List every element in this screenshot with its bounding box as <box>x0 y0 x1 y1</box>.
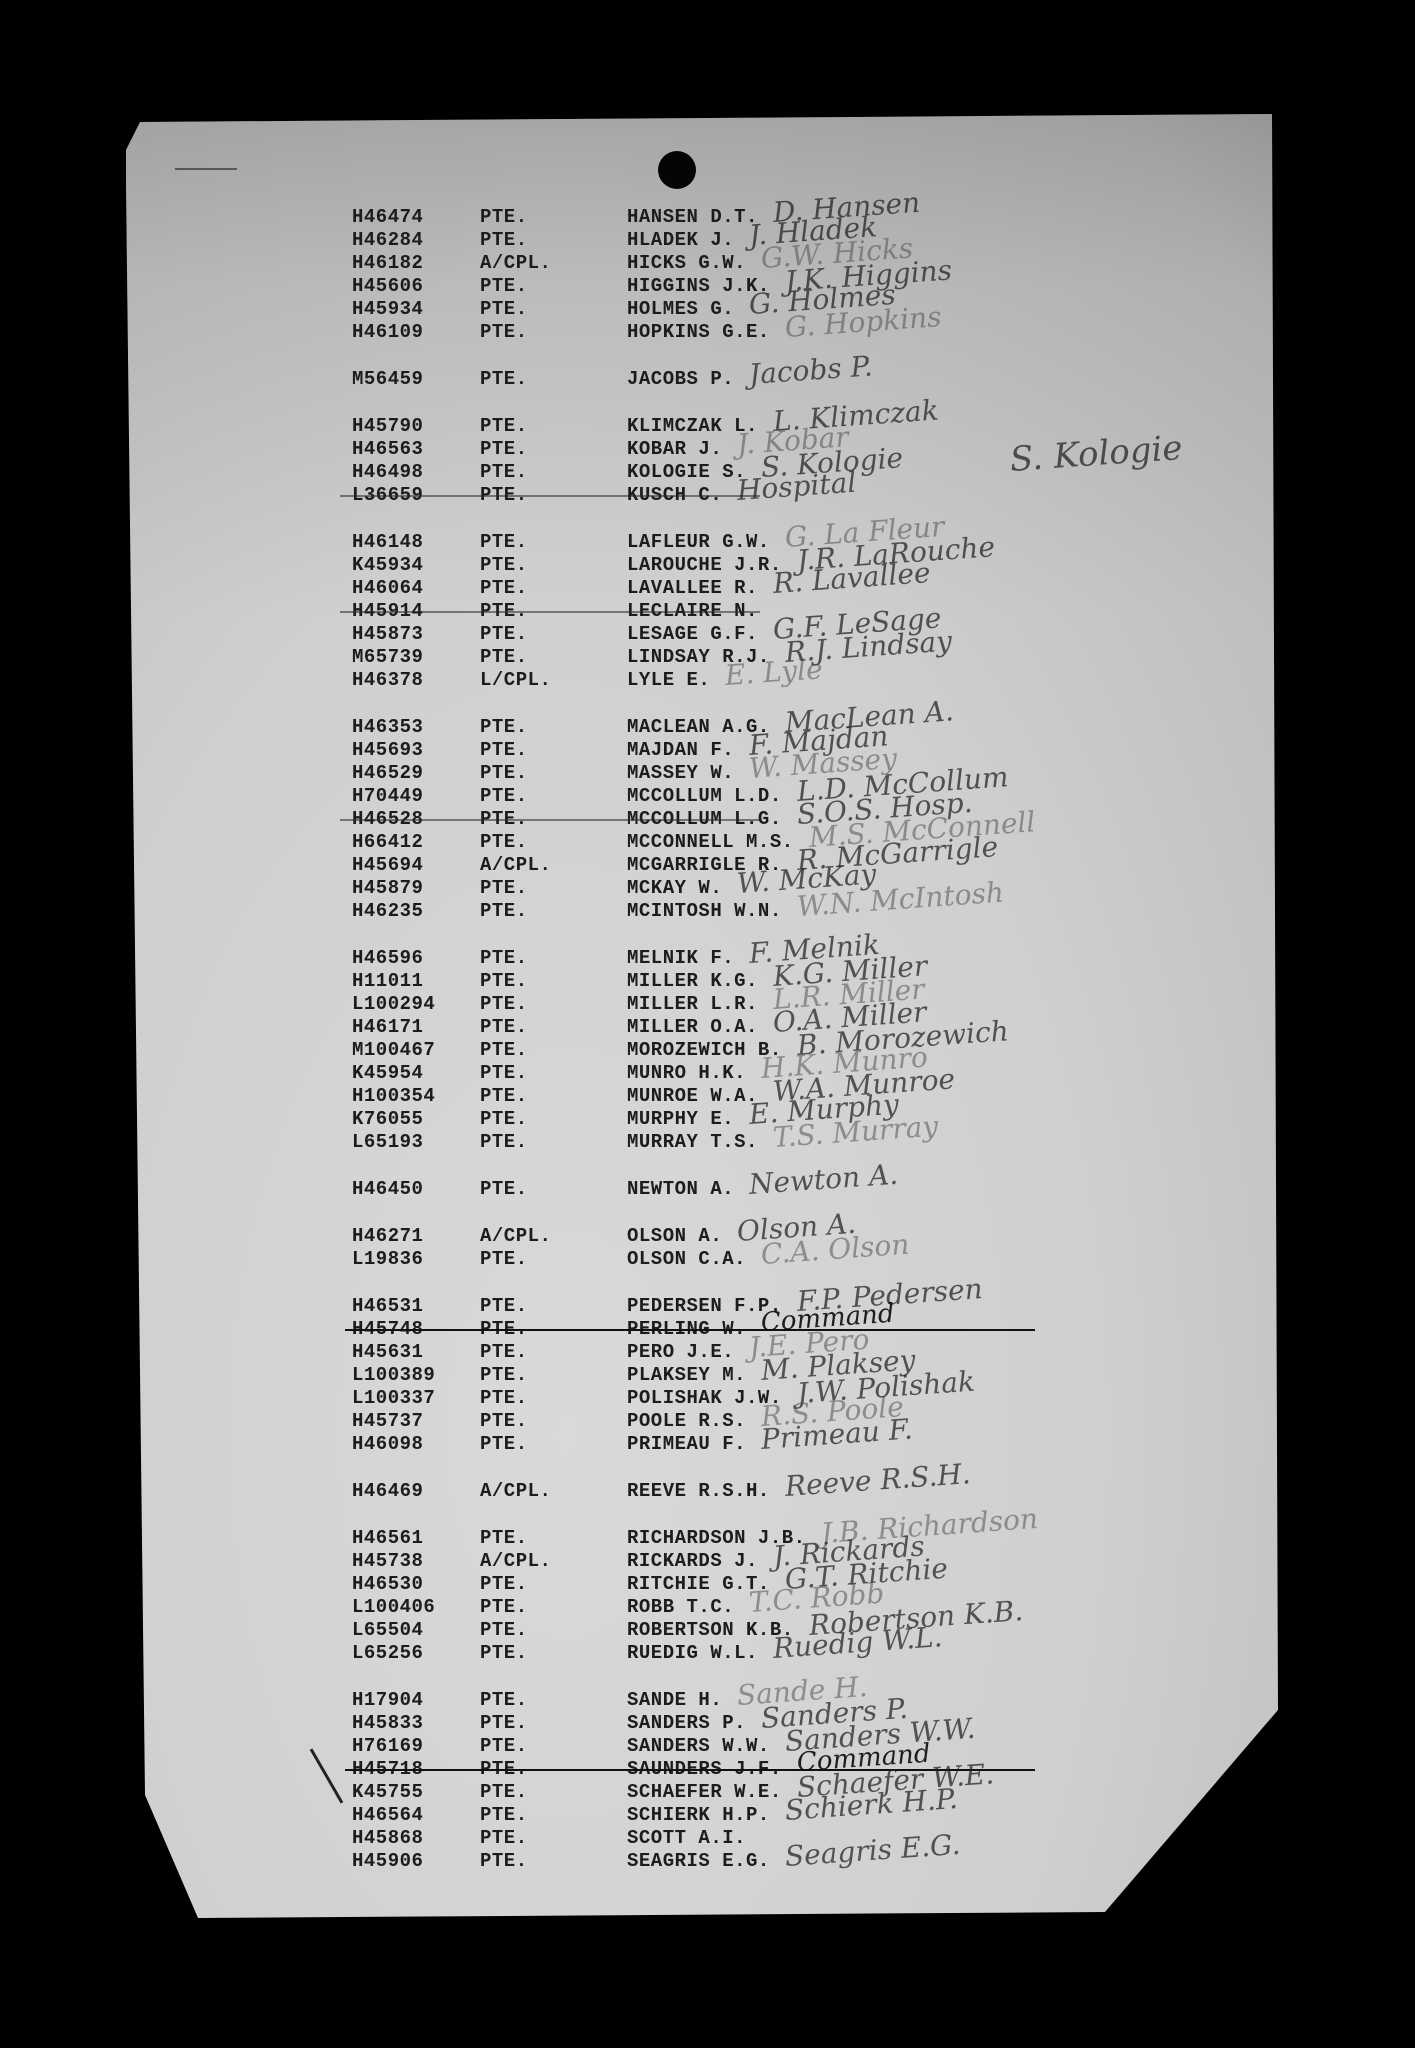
document-page: H46474PTE.HANSEN D.T.D. HansenH46284PTE.… <box>0 0 1415 2048</box>
service-number: H17904 <box>352 1689 423 1711</box>
service-number: H45833 <box>352 1712 423 1734</box>
soldier-name: MCCOLLUM L.D. <box>627 785 782 807</box>
rank: PTE. <box>480 1827 528 1849</box>
roll-row: H46148PTE.LAFLEUR G.W. <box>0 531 1200 554</box>
roll-row: H17904PTE.SANDE H. <box>0 1689 1200 1712</box>
roll-row: H46450PTE.NEWTON A. <box>0 1178 1200 1201</box>
soldier-name: LAROUCHE J.R. <box>627 554 782 576</box>
roll-row: H46171PTE.MILLER O.A. <box>0 1016 1200 1039</box>
soldier-name: SCHAEFER W.E. <box>627 1781 782 1803</box>
rank: PTE. <box>480 1804 528 1826</box>
pen-mark <box>175 168 237 170</box>
rank: PTE. <box>480 1295 528 1317</box>
service-number: H45914 <box>352 600 423 622</box>
service-number: H66412 <box>352 831 423 853</box>
soldier-name: SANDERS P. <box>627 1712 746 1734</box>
service-number: M65739 <box>352 646 423 668</box>
roll-row: H45873PTE.LESAGE G.F. <box>0 623 1200 646</box>
service-number: H46148 <box>352 531 423 553</box>
service-number: L36659 <box>352 484 423 506</box>
soldier-name: SANDE H. <box>627 1689 722 1711</box>
rank: PTE. <box>480 415 528 437</box>
soldier-name: MUNROE W.A. <box>627 1085 758 1107</box>
service-number: H70449 <box>352 785 423 807</box>
service-number: H45738 <box>352 1550 423 1572</box>
rank: PTE. <box>480 600 528 622</box>
rank: PTE. <box>480 716 528 738</box>
rank: PTE. <box>480 1016 528 1038</box>
rank: PTE. <box>480 1178 528 1200</box>
service-number: K45755 <box>352 1781 423 1803</box>
soldier-name: HANSEN D.T. <box>627 206 758 228</box>
soldier-name: PLAKSEY M. <box>627 1364 746 1386</box>
soldier-name: MCCONNELL M.S. <box>627 831 794 853</box>
roll-row: H46378L/CPL.LYLE E. <box>0 669 1200 692</box>
soldier-name: MUNRO H.K. <box>627 1062 746 1084</box>
service-number: L100406 <box>352 1596 435 1618</box>
rank: PTE. <box>480 1433 528 1455</box>
roll-row: K76055PTE.MURPHY E. <box>0 1108 1200 1131</box>
rank: A/CPL. <box>480 1480 551 1502</box>
rank: PTE. <box>480 577 528 599</box>
rank: PTE. <box>480 993 528 1015</box>
rank: PTE. <box>480 1527 528 1549</box>
service-number: H46182 <box>352 252 423 274</box>
soldier-name: LAVALLEE R. <box>627 577 758 599</box>
service-number: K76055 <box>352 1108 423 1130</box>
soldier-name: RUEDIG W.L. <box>627 1642 758 1664</box>
service-number: H46531 <box>352 1295 423 1317</box>
roll-row: H46530PTE.RITCHIE G.T. <box>0 1573 1200 1596</box>
service-number: H46109 <box>352 321 423 343</box>
roll-row: H45738A/CPL.RICKARDS J. <box>0 1550 1200 1573</box>
rank: PTE. <box>480 1085 528 1107</box>
roll-row: H45718PTE.SAUNDERS J.F. <box>0 1758 1200 1781</box>
roll-row: H100354PTE.MUNROE W.A. <box>0 1085 1200 1108</box>
service-number: L100294 <box>352 993 435 1015</box>
service-number: M100467 <box>352 1039 435 1061</box>
soldier-name: OLSON C.A. <box>627 1248 746 1270</box>
roll-row: H46109PTE.HOPKINS G.E. <box>0 321 1200 344</box>
roll-row: H46529PTE.MASSEY W. <box>0 762 1200 785</box>
roll-row: L100294PTE.MILLER L.R. <box>0 993 1200 1016</box>
service-number: H46353 <box>352 716 423 738</box>
soldier-name: NEWTON A. <box>627 1178 734 1200</box>
roll-row: H45906PTE.SEAGRIS E.G. <box>0 1850 1200 1873</box>
rank: PTE. <box>480 275 528 297</box>
soldier-name: REEVE R.S.H. <box>627 1480 770 1502</box>
soldier-name: SAUNDERS J.F. <box>627 1758 782 1780</box>
rank: PTE. <box>480 321 528 343</box>
soldier-name: JACOBS P. <box>627 368 734 390</box>
soldier-name: SCHIERK H.P. <box>627 1804 770 1826</box>
rank: PTE. <box>480 1712 528 1734</box>
roll-row: H46235PTE.MCINTOSH W.N. <box>0 900 1200 923</box>
rank: PTE. <box>480 229 528 251</box>
rank: A/CPL. <box>480 252 551 274</box>
rank: PTE. <box>480 739 528 761</box>
service-number: H45606 <box>352 275 423 297</box>
soldier-name: LAFLEUR G.W. <box>627 531 770 553</box>
service-number: H46378 <box>352 669 423 691</box>
rank: PTE. <box>480 877 528 899</box>
service-number: H45694 <box>352 854 423 876</box>
soldier-name: MILLER L.R. <box>627 993 758 1015</box>
service-number: H46561 <box>352 1527 423 1549</box>
roll-row: M65739PTE.LINDSAY R.J. <box>0 646 1200 669</box>
soldier-name: SEAGRIS E.G. <box>627 1850 770 1872</box>
rank: A/CPL. <box>480 1550 551 1572</box>
roll-row: K45755PTE.SCHAEFER W.E. <box>0 1781 1200 1804</box>
soldier-name: MCKAY W. <box>627 877 722 899</box>
soldier-name: PEDERSEN F.P. <box>627 1295 782 1317</box>
service-number: H11011 <box>352 970 423 992</box>
soldier-name: LESAGE G.F. <box>627 623 758 645</box>
roll-row: H70449PTE.MCCOLLUM L.D. <box>0 785 1200 808</box>
rank: PTE. <box>480 1573 528 1595</box>
roll-row: H45631PTE.PERO J.E. <box>0 1341 1200 1364</box>
rank: PTE. <box>480 1850 528 1872</box>
roll-row: H46469A/CPL.REEVE R.S.H. <box>0 1480 1200 1503</box>
soldier-name: PERLING W. <box>627 1318 746 1340</box>
service-number: L65256 <box>352 1642 423 1664</box>
service-number: H46171 <box>352 1016 423 1038</box>
roll-row: L100337PTE.POLISHAK J.W. <box>0 1387 1200 1410</box>
roll-row: H45833PTE.SANDERS P. <box>0 1712 1200 1735</box>
rank: PTE. <box>480 1108 528 1130</box>
roll-row: H46271A/CPL.OLSON A. <box>0 1225 1200 1248</box>
soldier-name: KOLOGIE S. <box>627 461 746 483</box>
roll-row: H46098PTE.PRIMEAU F. <box>0 1433 1200 1456</box>
service-number: H45873 <box>352 623 423 645</box>
soldier-name: HOLMES G. <box>627 298 734 320</box>
rank: L/CPL. <box>480 669 551 691</box>
rank: PTE. <box>480 298 528 320</box>
roll-row: L65256PTE.RUEDIG W.L. <box>0 1642 1200 1665</box>
rank: PTE. <box>480 1062 528 1084</box>
service-number: H46235 <box>352 900 423 922</box>
rank: PTE. <box>480 1387 528 1409</box>
roll-row: M56459PTE.JACOBS P. <box>0 368 1200 391</box>
rank: PTE. <box>480 1642 528 1664</box>
service-number: H46450 <box>352 1178 423 1200</box>
service-number: H45631 <box>352 1341 423 1363</box>
soldier-name: ROBB T.C. <box>627 1596 734 1618</box>
service-number: L65504 <box>352 1619 423 1641</box>
rank: PTE. <box>480 623 528 645</box>
soldier-name: SCOTT A.I. <box>627 1827 746 1849</box>
rank: PTE. <box>480 1596 528 1618</box>
roll-row: H45790PTE.KLIMCZAK L. <box>0 415 1200 438</box>
service-number: K45954 <box>352 1062 423 1084</box>
rank: PTE. <box>480 368 528 390</box>
service-number: K45934 <box>352 554 423 576</box>
rank: PTE. <box>480 900 528 922</box>
service-number: H45906 <box>352 1850 423 1872</box>
service-number: H45737 <box>352 1410 423 1432</box>
rank: PTE. <box>480 1689 528 1711</box>
rank: PTE. <box>480 831 528 853</box>
service-number: L65193 <box>352 1131 423 1153</box>
roll-row: L19836PTE.OLSON C.A. <box>0 1248 1200 1271</box>
soldier-name: MILLER O.A. <box>627 1016 758 1038</box>
soldier-name: LYLE E. <box>627 669 710 691</box>
soldier-name: KOBAR J. <box>627 438 722 460</box>
service-number: H46564 <box>352 1804 423 1826</box>
soldier-name: MELNIK F. <box>627 947 734 969</box>
rank: A/CPL. <box>480 1225 551 1247</box>
rank: PTE. <box>480 1619 528 1641</box>
soldier-name: OLSON A. <box>627 1225 722 1247</box>
roll-row: H46064PTE.LAVALLEE R. <box>0 577 1200 600</box>
roll-row: H46284PTE.HLADEK J. <box>0 229 1200 252</box>
soldier-name: ROBERTSON K.B. <box>627 1619 794 1641</box>
roll-row: L65193PTE.MURRAY T.S. <box>0 1131 1200 1154</box>
rank: PTE. <box>480 1248 528 1270</box>
soldier-name: MCCOLLUM L.G. <box>627 808 782 830</box>
soldier-name: LECLAIRE N. <box>627 600 758 622</box>
service-number: H45748 <box>352 1318 423 1340</box>
handwritten-signature: E. Lyle <box>724 652 824 692</box>
service-number: H46469 <box>352 1480 423 1502</box>
service-number: H46064 <box>352 577 423 599</box>
roll-row: H46596PTE.MELNIK F. <box>0 947 1200 970</box>
service-number: H45868 <box>352 1827 423 1849</box>
soldier-name: MURPHY E. <box>627 1108 734 1130</box>
rank: A/CPL. <box>480 854 551 876</box>
roll-row: H45737PTE.POOLE R.S. <box>0 1410 1200 1433</box>
rank: PTE. <box>480 1735 528 1757</box>
service-number: H46284 <box>352 229 423 251</box>
service-number: H45790 <box>352 415 423 437</box>
service-number: H46498 <box>352 461 423 483</box>
service-number: H46563 <box>352 438 423 460</box>
rank: PTE. <box>480 947 528 969</box>
roll-row: H45868PTE.SCOTT A.I. <box>0 1827 1200 1850</box>
roll-row: H45693PTE.MAJDAN F. <box>0 739 1200 762</box>
soldier-name: KUSCH C. <box>627 484 722 506</box>
roll-row: K45934PTE.LAROUCHE J.R. <box>0 554 1200 577</box>
soldier-name: MOROZEWICH B. <box>627 1039 782 1061</box>
rank: PTE. <box>480 531 528 553</box>
roll-row: H45934PTE.HOLMES G. <box>0 298 1200 321</box>
soldier-name: POLISHAK J.W. <box>627 1387 782 1409</box>
rank: PTE. <box>480 970 528 992</box>
soldier-name: HICKS G.W. <box>627 252 746 274</box>
soldier-name: HOPKINS G.E. <box>627 321 770 343</box>
roll-row: H45748PTE.PERLING W. <box>0 1318 1200 1341</box>
rank: PTE. <box>480 554 528 576</box>
service-number: L100337 <box>352 1387 435 1409</box>
soldier-name: MILLER K.G. <box>627 970 758 992</box>
rank: PTE. <box>480 438 528 460</box>
soldier-name: PRIMEAU F. <box>627 1433 746 1455</box>
roll-row: H76169PTE.SANDERS W.W. <box>0 1735 1200 1758</box>
service-number: L19836 <box>352 1248 423 1270</box>
roll-row: H45606PTE.HIGGINS J.K. <box>0 275 1200 298</box>
soldier-name: HLADEK J. <box>627 229 734 251</box>
roll-row: H45879PTE.MCKAY W. <box>0 877 1200 900</box>
rank: PTE. <box>480 206 528 228</box>
roll-row: H45694A/CPL.MCGARRIGLE R. <box>0 854 1200 877</box>
service-number: H46528 <box>352 808 423 830</box>
roll-row: H46531PTE.PEDERSEN F.P. <box>0 1295 1200 1318</box>
rank: PTE. <box>480 1131 528 1153</box>
roll-row: H46353PTE.MACLEAN A.G. <box>0 716 1200 739</box>
service-number: H46474 <box>352 206 423 228</box>
roll-row: L36659PTE.KUSCH C. <box>0 484 1200 507</box>
rank: PTE. <box>480 1318 528 1340</box>
service-number: H46530 <box>352 1573 423 1595</box>
rank: PTE. <box>480 1364 528 1386</box>
roll-row: H46564PTE.SCHIERK H.P. <box>0 1804 1200 1827</box>
soldier-name: MCINTOSH W.N. <box>627 900 782 922</box>
service-number: H46098 <box>352 1433 423 1455</box>
roll-row: H46474PTE.HANSEN D.T. <box>0 206 1200 229</box>
roll-row: H45914PTE.LECLAIRE N. <box>0 600 1200 623</box>
service-number: M56459 <box>352 368 423 390</box>
rank: PTE. <box>480 762 528 784</box>
roll-row: K45954PTE.MUNRO H.K. <box>0 1062 1200 1085</box>
rank: PTE. <box>480 484 528 506</box>
rank: PTE. <box>480 808 528 830</box>
service-number: H45934 <box>352 298 423 320</box>
soldier-name: RICKARDS J. <box>627 1550 758 1572</box>
soldier-name: MURRAY T.S. <box>627 1131 758 1153</box>
roll-row: M100467PTE.MOROZEWICH B. <box>0 1039 1200 1062</box>
roll-row: H11011PTE.MILLER K.G. <box>0 970 1200 993</box>
roll-row: L100389PTE.PLAKSEY M. <box>0 1364 1200 1387</box>
service-number: H46271 <box>352 1225 423 1247</box>
rank: PTE. <box>480 1341 528 1363</box>
service-number: H76169 <box>352 1735 423 1757</box>
soldier-name: POOLE R.S. <box>627 1410 746 1432</box>
rank: PTE. <box>480 785 528 807</box>
service-number: H45693 <box>352 739 423 761</box>
service-number: H45879 <box>352 877 423 899</box>
rank: PTE. <box>480 461 528 483</box>
soldier-name: SANDERS W.W. <box>627 1735 770 1757</box>
rank: PTE. <box>480 1781 528 1803</box>
soldier-name: MAJDAN F. <box>627 739 734 761</box>
service-number: H45718 <box>352 1758 423 1780</box>
rank: PTE. <box>480 1410 528 1432</box>
punch-hole <box>658 151 696 189</box>
soldier-name: MASSEY W. <box>627 762 734 784</box>
roll-row: H46182A/CPL.HICKS G.W. <box>0 252 1200 275</box>
rank: PTE. <box>480 1758 528 1780</box>
service-number: H46596 <box>352 947 423 969</box>
service-number: L100389 <box>352 1364 435 1386</box>
service-number: H100354 <box>352 1085 435 1107</box>
rank: PTE. <box>480 646 528 668</box>
service-number: H46529 <box>352 762 423 784</box>
rank: PTE. <box>480 1039 528 1061</box>
soldier-name: PERO J.E. <box>627 1341 734 1363</box>
